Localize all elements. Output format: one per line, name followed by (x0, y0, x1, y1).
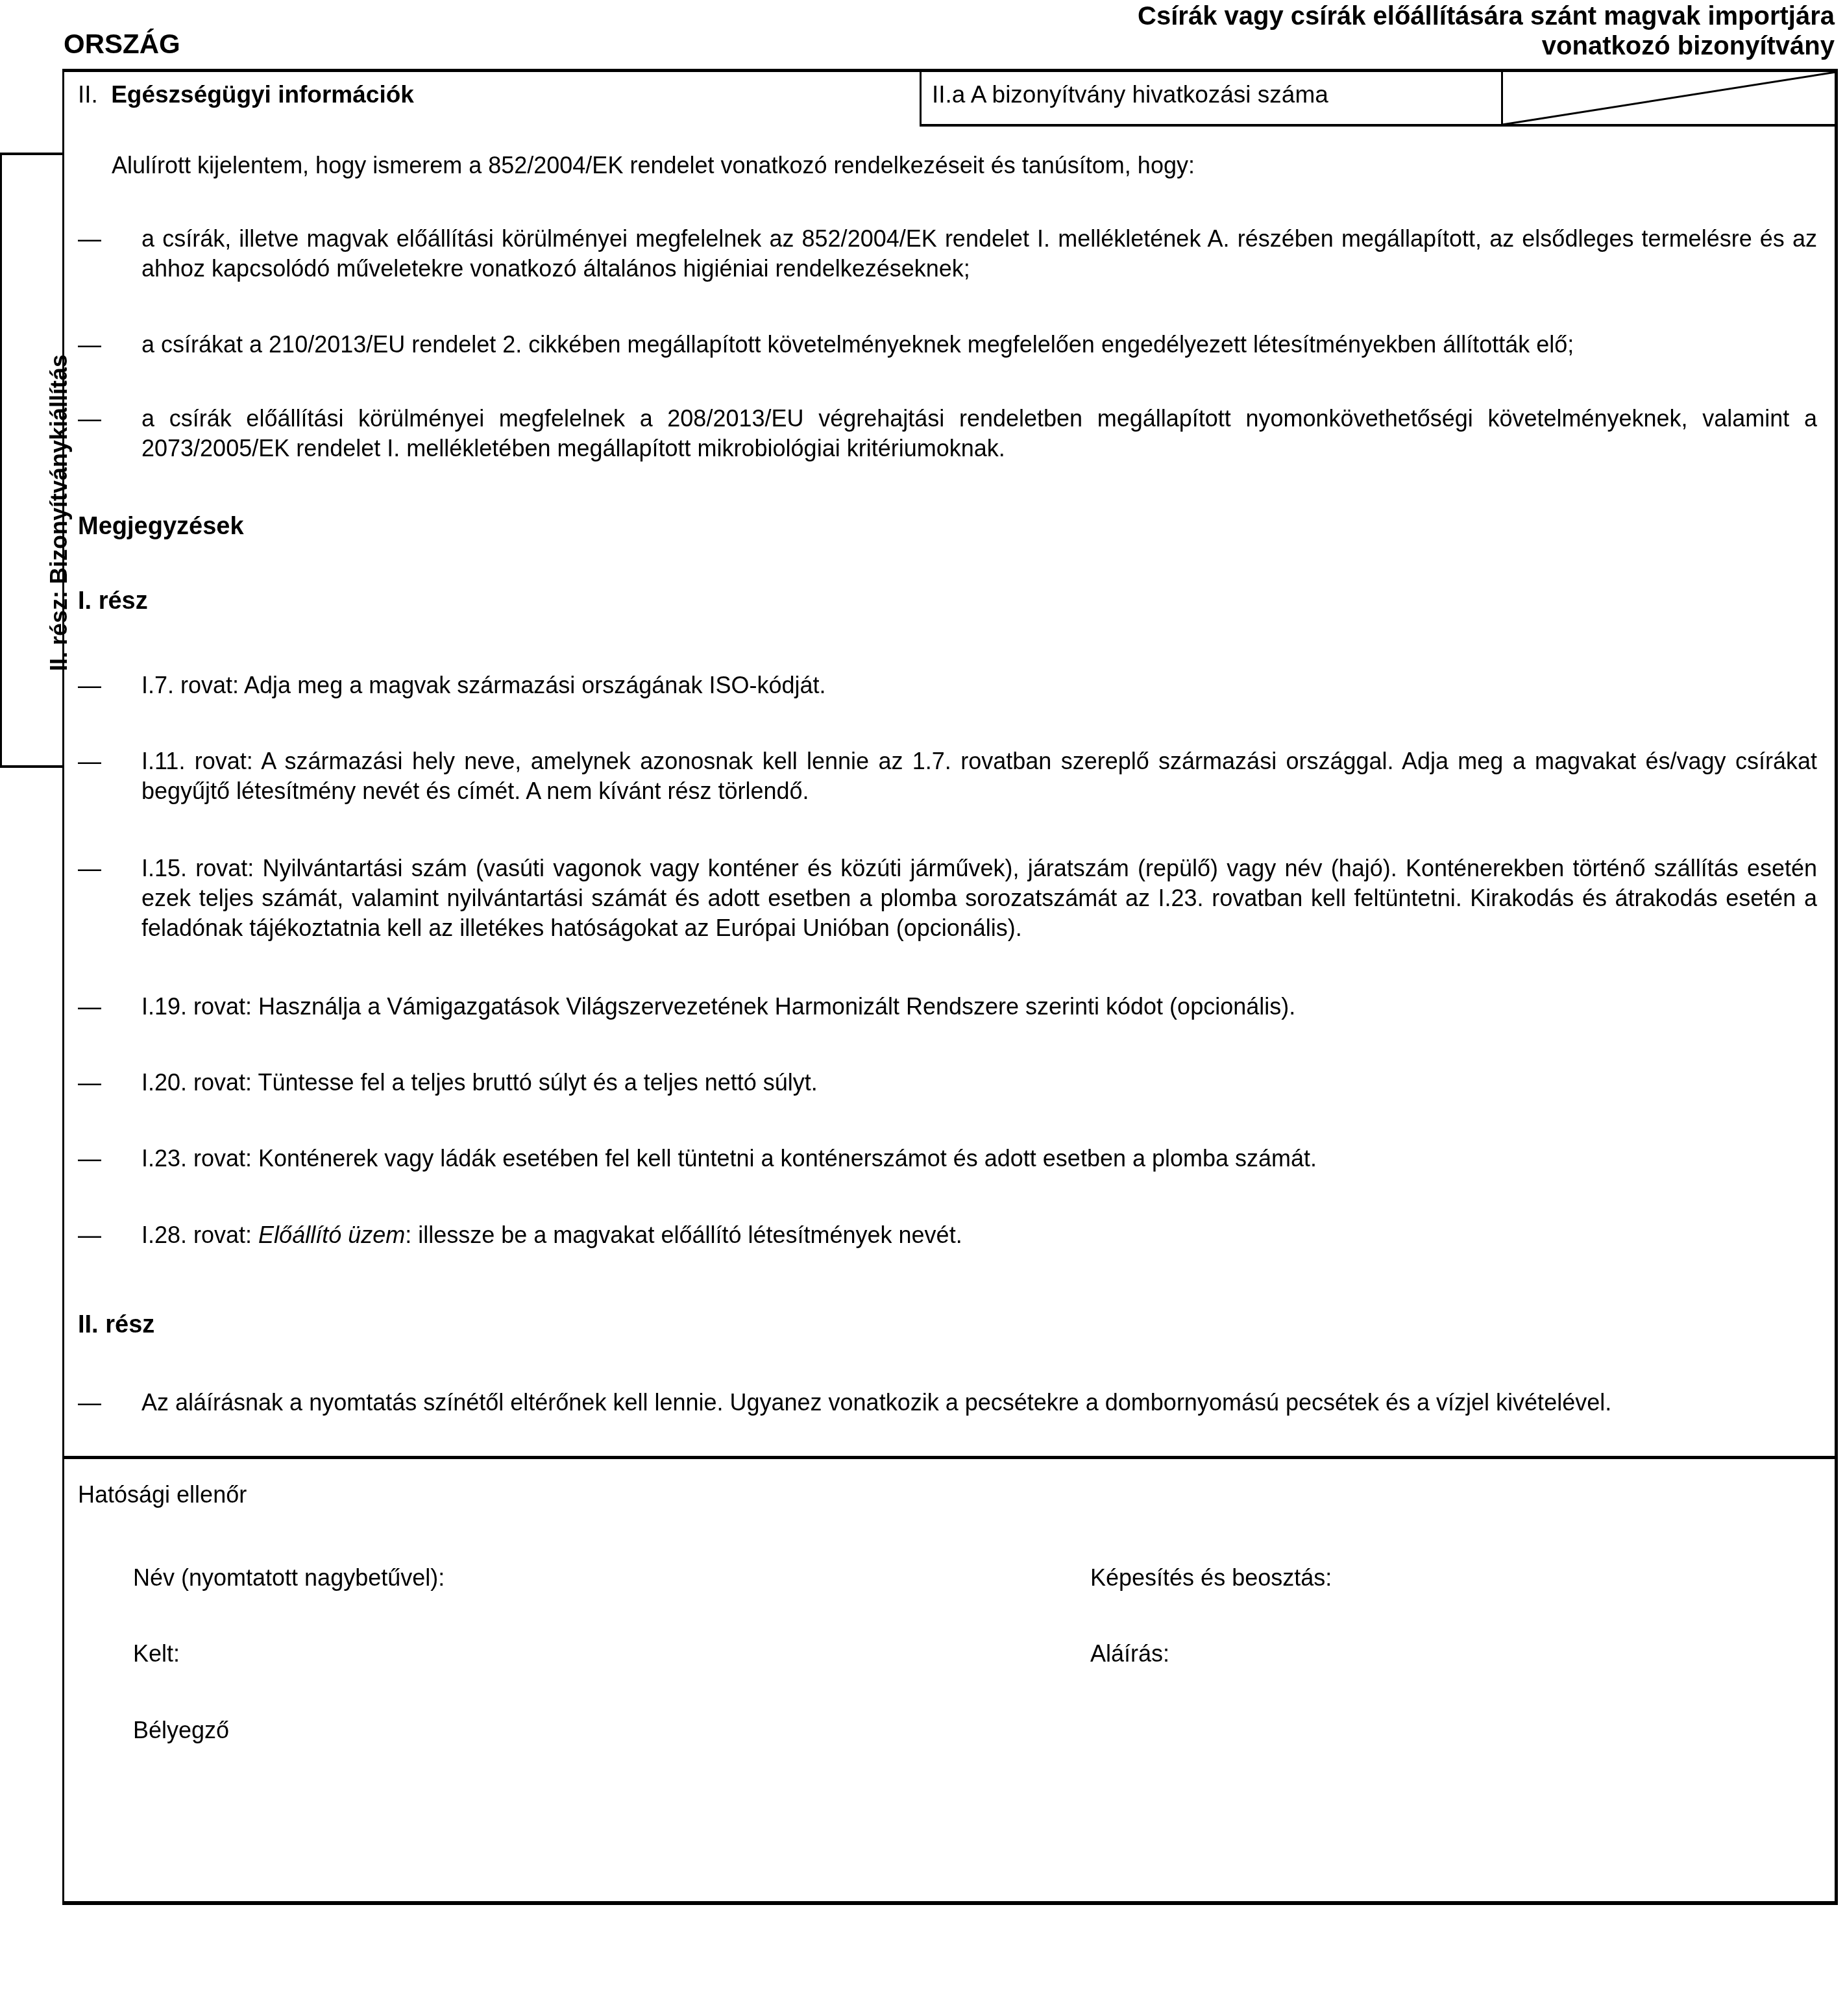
section-title: Egészségügyi információk (111, 81, 414, 108)
part2-title: II. rész (78, 1311, 154, 1339)
dash-icon: — (78, 992, 101, 1022)
dash-icon: — (78, 1068, 101, 1098)
ref-number-strikethrough (1501, 70, 1837, 126)
dash-icon: — (78, 746, 101, 776)
signature-field-label[interactable]: Aláírás: (1090, 1640, 1169, 1667)
header-divider (920, 70, 922, 126)
dash-icon: — (78, 1220, 101, 1250)
certificate-title: Csírák vagy csírák előállítására szánt m… (861, 1, 1835, 61)
name-field-label[interactable]: Név (nyomtatott nagybetűvel): (133, 1564, 445, 1592)
date-field-label[interactable]: Kelt: (133, 1640, 180, 1667)
section-header: II. Egészségügyi információk (78, 81, 414, 108)
certificate-title-line1: Csírák vagy csírák előállítására szánt m… (861, 1, 1835, 31)
qualification-field-label[interactable]: Képesítés és beosztás: (1090, 1564, 1332, 1592)
declaration-item: — a csírák előállítási körülményei megfe… (78, 404, 1817, 463)
right-border (1835, 69, 1838, 1904)
signature-separator (62, 1456, 1838, 1459)
section-number: II. (78, 81, 98, 108)
dash-icon: — (78, 670, 101, 700)
note-item: — I.11. rovat: A származási hely neve, a… (78, 746, 1817, 806)
italic-term: Előállító üzem (258, 1222, 405, 1248)
note-item: — I.7. rovat: Adja meg a magvak származá… (78, 670, 1817, 700)
bottom-border (62, 1901, 1838, 1905)
dash-icon: — (78, 1144, 101, 1174)
declaration-intro: Alulírott kijelentem, hogy ismerem a 852… (112, 151, 1812, 180)
note-item: — I.15. rovat: Nyilvántartási szám (vasú… (78, 854, 1817, 943)
note-item: — I.28. rovat: Előállító üzem: illessze … (78, 1220, 1817, 1250)
note-item: — Az aláírásnak a nyomtatás színétől elt… (78, 1388, 1817, 1418)
part1-title: I. rész (78, 587, 148, 615)
dash-icon: — (78, 330, 101, 360)
stamp-field-label[interactable]: Bélyegző (133, 1717, 229, 1744)
declaration-item: — a csírák, illetve magvak előállítási k… (78, 224, 1817, 284)
country-label: ORSZÁG (64, 29, 180, 60)
dash-icon: — (78, 854, 101, 883)
official-inspector-label: Hatósági ellenőr (78, 1481, 247, 1508)
certificate-title-line2: vonatkozó bizonyítvány (861, 31, 1835, 61)
notes-title: Megjegyzések (78, 513, 244, 541)
ref-number-label: II.a A bizonyítvány hivatkozási száma (932, 81, 1328, 108)
dash-icon: — (78, 1388, 101, 1418)
note-item: — I.19. rovat: Használja a Vámigazgatáso… (78, 992, 1817, 1022)
sidebar-label: II. rész: Bizonyítványkiállítás (45, 266, 73, 759)
note-item: — I.20. rovat: Tüntesse fel a teljes bru… (78, 1068, 1817, 1098)
declaration-item: — a csírákat a 210/2013/EU rendelet 2. c… (78, 330, 1817, 360)
dash-icon: — (78, 224, 101, 254)
dash-icon: — (78, 404, 101, 434)
note-item: — I.23. rovat: Konténerek vagy ládák ese… (78, 1144, 1817, 1174)
